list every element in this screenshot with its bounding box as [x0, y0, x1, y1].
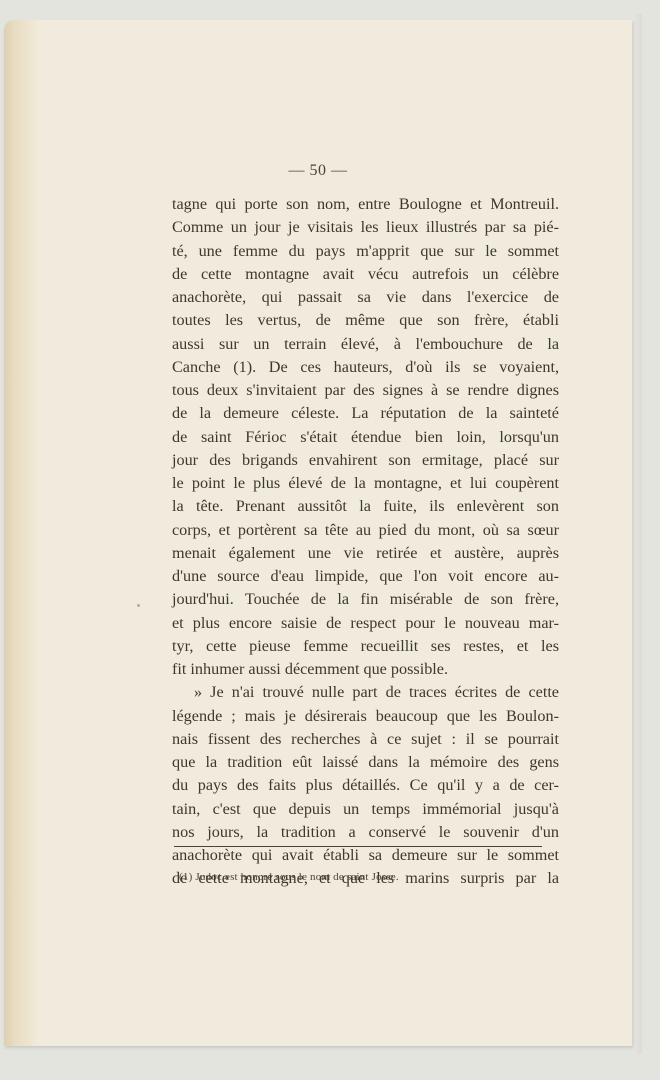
text-line: tagne qui porte son nom, entre Boulogne …: [172, 193, 559, 216]
text-line: que la tradition eût laissé dans la mémo…: [172, 751, 559, 774]
page-edge: [632, 14, 642, 1054]
footnote: (1) Judoc est honoré sous le nom de sain…: [179, 871, 399, 883]
text-line: aussi sur un terrain élevé, à l'embouchu…: [172, 333, 559, 356]
text-line: té, une femme du pays m'apprit que sur l…: [172, 240, 559, 263]
page-number: — 50 —: [4, 162, 632, 180]
text-line: nais fissent des recherches à ce sujet :…: [172, 728, 559, 751]
paper-speck: [137, 604, 140, 607]
text-line: de saint Férioc s'était étendue bien loi…: [172, 426, 559, 449]
text-line: la tête. Prenant aussitôt la fuite, ils …: [172, 495, 559, 518]
text-line: toutes les vertus, de même que son frère…: [172, 309, 559, 332]
text-line: d'une source d'eau limpide, que l'on voi…: [172, 565, 559, 588]
text-line: légende ; mais je désirerais beaucoup qu…: [172, 705, 559, 728]
book-page: — 50 — tagne qui porte son nom, entre Bo…: [4, 20, 632, 1046]
text-line: jour des brigands envahirent son ermitag…: [172, 449, 559, 472]
text-line: jourd'hui. Touchée de la fin misérable d…: [172, 588, 559, 611]
text-line: et plus encore saisie de respect pour le…: [172, 612, 559, 635]
text-line: le point le plus élevé de la montagne, e…: [172, 472, 559, 495]
text-line: tous deux s'invitaient par des signes à …: [172, 379, 559, 402]
text-line: anachorète qui avait établi sa demeure s…: [172, 844, 559, 867]
text-line: nos jours, la tradition a conservé le so…: [172, 821, 559, 844]
text-line: fit inhumer aussi décemment que possible…: [172, 658, 559, 681]
text-line: du pays des faits plus détaillés. Ce qu'…: [172, 774, 559, 797]
text-line: Canche (1). De ces hauteurs, d'où ils se…: [172, 356, 559, 379]
text-line: Comme un jour je visitais les lieux illu…: [172, 216, 559, 239]
text-line: corps, et portèrent sa tête au pied du m…: [172, 519, 559, 542]
body-text: tagne qui porte son nom, entre Boulogne …: [172, 193, 559, 891]
text-line: » Je n'ai trouvé nulle part de traces éc…: [172, 681, 559, 704]
text-line: de cette montagne avait vécu autrefois u…: [172, 263, 559, 286]
text-line: anachorète, qui passait sa vie dans l'ex…: [172, 286, 559, 309]
text-line: de la demeure céleste. La réputation de …: [172, 402, 559, 425]
text-line: menait également une vie retirée et aust…: [172, 542, 559, 565]
text-line: tain, c'est que depuis un temps immémori…: [172, 798, 559, 821]
paper-speck: [440, 294, 442, 296]
footnote-divider: [174, 846, 542, 847]
text-line: tyr, cette pieuse femme recueillit ses r…: [172, 635, 559, 658]
